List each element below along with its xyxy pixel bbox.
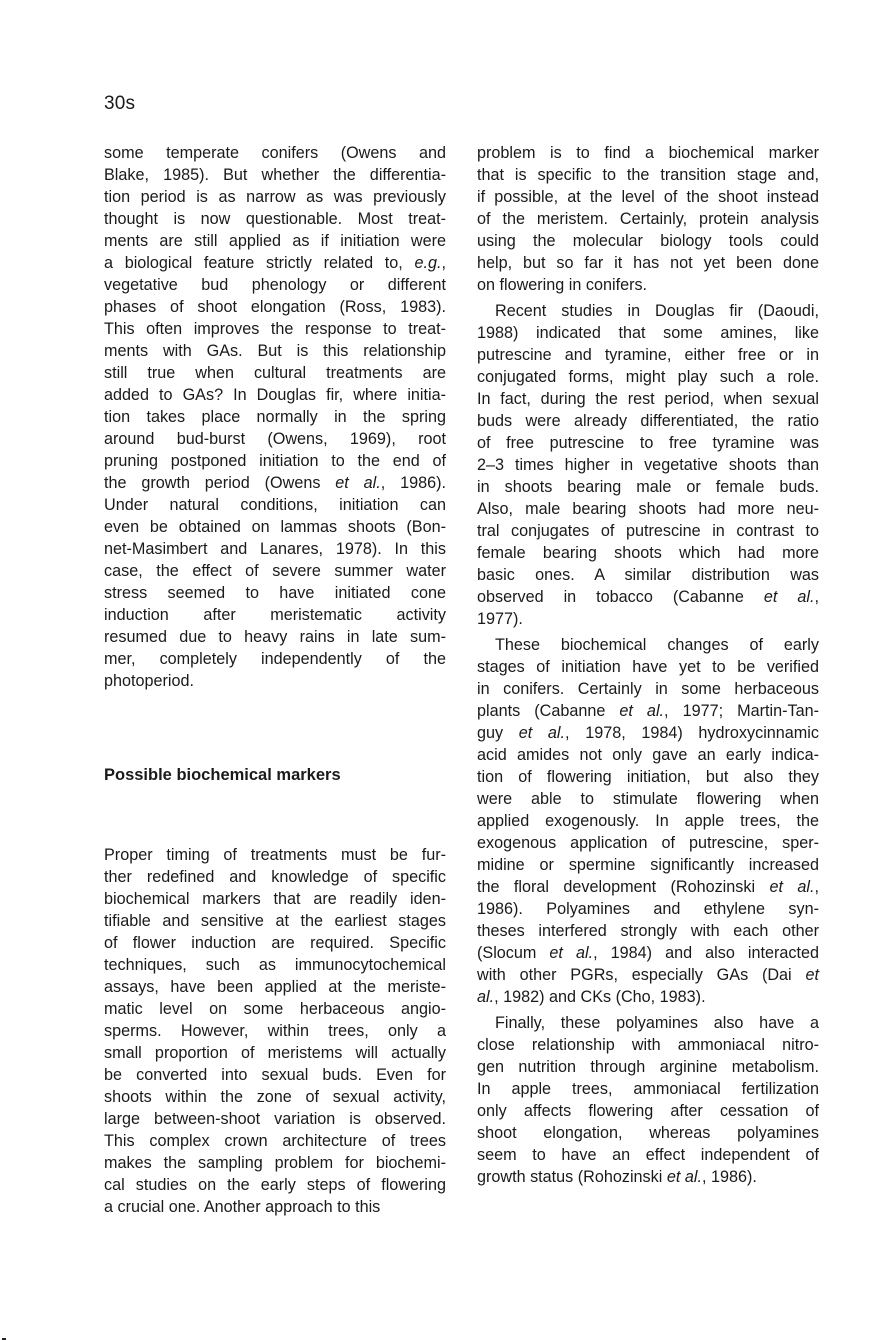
text-line: al., 1982) and CKs (Cho, 1983). bbox=[477, 986, 819, 1008]
text-line: with other PGRs, especially GAs (Dai et bbox=[477, 964, 819, 986]
text-line: vegetative bud phenology or different bbox=[104, 274, 446, 296]
text-line: still true when cultural treatments are bbox=[104, 362, 446, 384]
text-line: (Slocum et al., 1984) and also interacte… bbox=[477, 942, 819, 964]
text-line: help, but so far it has not yet been don… bbox=[477, 252, 819, 274]
paragraph-owens-conifers: some temperate conifers (Owens andBlake,… bbox=[104, 142, 446, 692]
text-line: guy et al., 1978, 1984) hydroxycinnamic bbox=[477, 722, 819, 744]
paragraph-recent-studies: Recent studies in Douglas fir (Daoudi,19… bbox=[477, 300, 819, 630]
text-line: 1988) indicated that some amines, like bbox=[477, 322, 819, 344]
text-line: using the molecular biology tools could bbox=[477, 230, 819, 252]
text-line: buds were already differentiated, the ra… bbox=[477, 410, 819, 432]
text-line: photoperiod. bbox=[104, 670, 446, 692]
text-line: net-Masimbert and Lanares, 1978). In thi… bbox=[104, 538, 446, 560]
text-line: of the meristem. Certainly, protein anal… bbox=[477, 208, 819, 230]
text-line: that is specific to the transition stage… bbox=[477, 164, 819, 186]
text-line: in shoots bearing male or female buds. bbox=[477, 476, 819, 498]
text-line: be converted into sexual buds. Even for bbox=[104, 1064, 446, 1086]
text-line: growth status (Rohozinski et al., 1986). bbox=[477, 1166, 819, 1188]
text-line: stress seemed to have initiated cone bbox=[104, 582, 446, 604]
text-line: added to GAs? In Douglas fir, where init… bbox=[104, 384, 446, 406]
text-line: around bud-burst (Owens, 1969), root bbox=[104, 428, 446, 450]
text-line: tion takes place normally in the spring bbox=[104, 406, 446, 428]
text-line: female bearing shoots which had more bbox=[477, 542, 819, 564]
text-line: 1977). bbox=[477, 608, 819, 630]
text-line: cal studies on the early steps of flower… bbox=[104, 1174, 446, 1196]
text-line: small proportion of meristems will actua… bbox=[104, 1042, 446, 1064]
text-line: seem to have an effect independent of bbox=[477, 1144, 819, 1166]
text-line: assays, have been applied at the meriste… bbox=[104, 976, 446, 998]
text-line: 2–3 times higher in vegetative shoots th… bbox=[477, 454, 819, 476]
text-line: even be obtained on lammas shoots (Bon- bbox=[104, 516, 446, 538]
text-line: mer, completely independently of the bbox=[104, 648, 446, 670]
text-line: Finally, these polyamines also have a bbox=[477, 1012, 819, 1034]
text-line: the growth period (Owens et al., 1986). bbox=[104, 472, 446, 494]
text-line: putrescine and tyramine, either free or … bbox=[477, 344, 819, 366]
text-line: problem is to find a biochemical marker bbox=[477, 142, 819, 164]
text-line: a biological feature strictly related to… bbox=[104, 252, 446, 274]
text-line: were able to stimulate flowering when bbox=[477, 788, 819, 810]
text-line: on flowering in conifers. bbox=[477, 274, 819, 296]
text-line: if possible, at the level of the shoot i… bbox=[477, 186, 819, 208]
text-line: exogenous application of putrescine, spe… bbox=[477, 832, 819, 854]
paragraph-polyamines: Finally, these polyamines also have aclo… bbox=[477, 1012, 819, 1188]
text-line: Proper timing of treatments must be fur- bbox=[104, 844, 446, 866]
text-line: the floral development (Rohozinski et al… bbox=[477, 876, 819, 898]
text-line: close relationship with ammoniacal nitro… bbox=[477, 1034, 819, 1056]
text-line: tion of flowering initiation, but also t… bbox=[477, 766, 819, 788]
text-line: Also, male bearing shoots had more neu- bbox=[477, 498, 819, 520]
text-line: large between-shoot variation is observe… bbox=[104, 1108, 446, 1130]
page-number: 30s bbox=[104, 93, 135, 115]
text-line: ments with GAs. But is this relationship bbox=[104, 340, 446, 362]
text-line: plants (Cabanne et al., 1977; Martin-Tan… bbox=[477, 700, 819, 722]
text-line: Blake, 1985). But whether the differenti… bbox=[104, 164, 446, 186]
text-line: tion period is as narrow as was previous… bbox=[104, 186, 446, 208]
text-line: only affects flowering after cessation o… bbox=[477, 1100, 819, 1122]
text-line: shoots within the zone of sexual activit… bbox=[104, 1086, 446, 1108]
text-line: Recent studies in Douglas fir (Daoudi, bbox=[477, 300, 819, 322]
text-line: applied exogenously. In apple trees, the bbox=[477, 810, 819, 832]
text-line: shoot elongation, whereas polyamines bbox=[477, 1122, 819, 1144]
text-line: resumed due to heavy rains in late sum- bbox=[104, 626, 446, 648]
text-line: midine or spermine significantly increas… bbox=[477, 854, 819, 876]
text-line: matic level on some herbaceous angio- bbox=[104, 998, 446, 1020]
text-line: observed in tobacco (Cabanne et al., bbox=[477, 586, 819, 608]
text-line: in conifers. Certainly in some herbaceou… bbox=[477, 678, 819, 700]
text-line: In fact, during the rest period, when se… bbox=[477, 388, 819, 410]
paragraph-biochemical-marker: problem is to find a biochemical markert… bbox=[477, 142, 819, 296]
text-line: conjugated forms, might play such a role… bbox=[477, 366, 819, 388]
text-line: sperms. However, within trees, only a bbox=[104, 1020, 446, 1042]
text-line: stages of initiation have yet to be veri… bbox=[477, 656, 819, 678]
text-line: a crucial one. Another approach to this bbox=[104, 1196, 446, 1218]
text-line: pruning postponed initiation to the end … bbox=[104, 450, 446, 472]
text-line: biochemical markers that are readily ide… bbox=[104, 888, 446, 910]
text-line: ther redefined and knowledge of specific bbox=[104, 866, 446, 888]
text-line: of flower induction are required. Specif… bbox=[104, 932, 446, 954]
text-line: tifiable and sensitive at the earliest s… bbox=[104, 910, 446, 932]
text-line: of free putrescine to free tyramine was bbox=[477, 432, 819, 454]
text-line: some temperate conifers (Owens and bbox=[104, 142, 446, 164]
text-line: basic ones. A similar distribution was bbox=[477, 564, 819, 586]
text-line: Under natural conditions, initiation can bbox=[104, 494, 446, 516]
text-line: These biochemical changes of early bbox=[477, 634, 819, 656]
scan-corner-mark bbox=[2, 1338, 6, 1340]
text-line: tral conjugates of putrescine in contras… bbox=[477, 520, 819, 542]
section-heading: Possible biochemical markers bbox=[104, 764, 446, 786]
text-line: techniques, such as immunocytochemical bbox=[104, 954, 446, 976]
text-line: acid amides not only gave an early indic… bbox=[477, 744, 819, 766]
text-line: induction after meristematic activity bbox=[104, 604, 446, 626]
left-column: some temperate conifers (Owens andBlake,… bbox=[104, 142, 446, 1218]
text-line: case, the effect of severe summer water bbox=[104, 560, 446, 582]
text-line: thought is now questionable. Most treat- bbox=[104, 208, 446, 230]
text-line: gen nutrition through arginine metabolis… bbox=[477, 1056, 819, 1078]
text-line: theses interfered strongly with each oth… bbox=[477, 920, 819, 942]
paragraph-biochemical-changes: These biochemical changes of earlystages… bbox=[477, 634, 819, 1008]
text-line: makes the sampling problem for biochemi- bbox=[104, 1152, 446, 1174]
text-line: This complex crown architecture of trees bbox=[104, 1130, 446, 1152]
text-line: This often improves the response to trea… bbox=[104, 318, 446, 340]
text-line: phases of shoot elongation (Ross, 1983). bbox=[104, 296, 446, 318]
paragraph-proper-timing: Proper timing of treatments must be fur-… bbox=[104, 844, 446, 1218]
right-column: problem is to find a biochemical markert… bbox=[477, 142, 819, 1188]
text-line: In apple trees, ammoniacal fertilization bbox=[477, 1078, 819, 1100]
text-line: 1986). Polyamines and ethylene syn- bbox=[477, 898, 819, 920]
text-line: ments are still applied as if initiation… bbox=[104, 230, 446, 252]
